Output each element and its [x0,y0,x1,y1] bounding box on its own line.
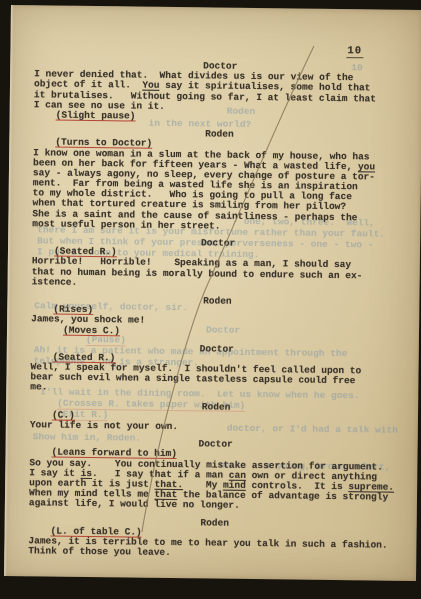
line-text: Your life is not your own. [30,419,178,432]
line-text: Think of those you leave. [28,545,171,558]
stage-direction: (Slight pause) [56,110,136,121]
page-number: 10 [346,45,363,58]
line-text: istence. [32,276,78,288]
paper-edge-highlight [4,5,14,576]
stage-direction: (Moves C.) [63,325,120,336]
line-text: most useful person in her street. [32,218,220,231]
line-text: against life, I would live no longer. [29,498,240,512]
script-column: DoctorI never denied that. What divides … [28,59,406,561]
manuscript-page: 10Rodenin the next world?- one, two, thr… [4,5,421,581]
line-text: me. [30,382,47,393]
